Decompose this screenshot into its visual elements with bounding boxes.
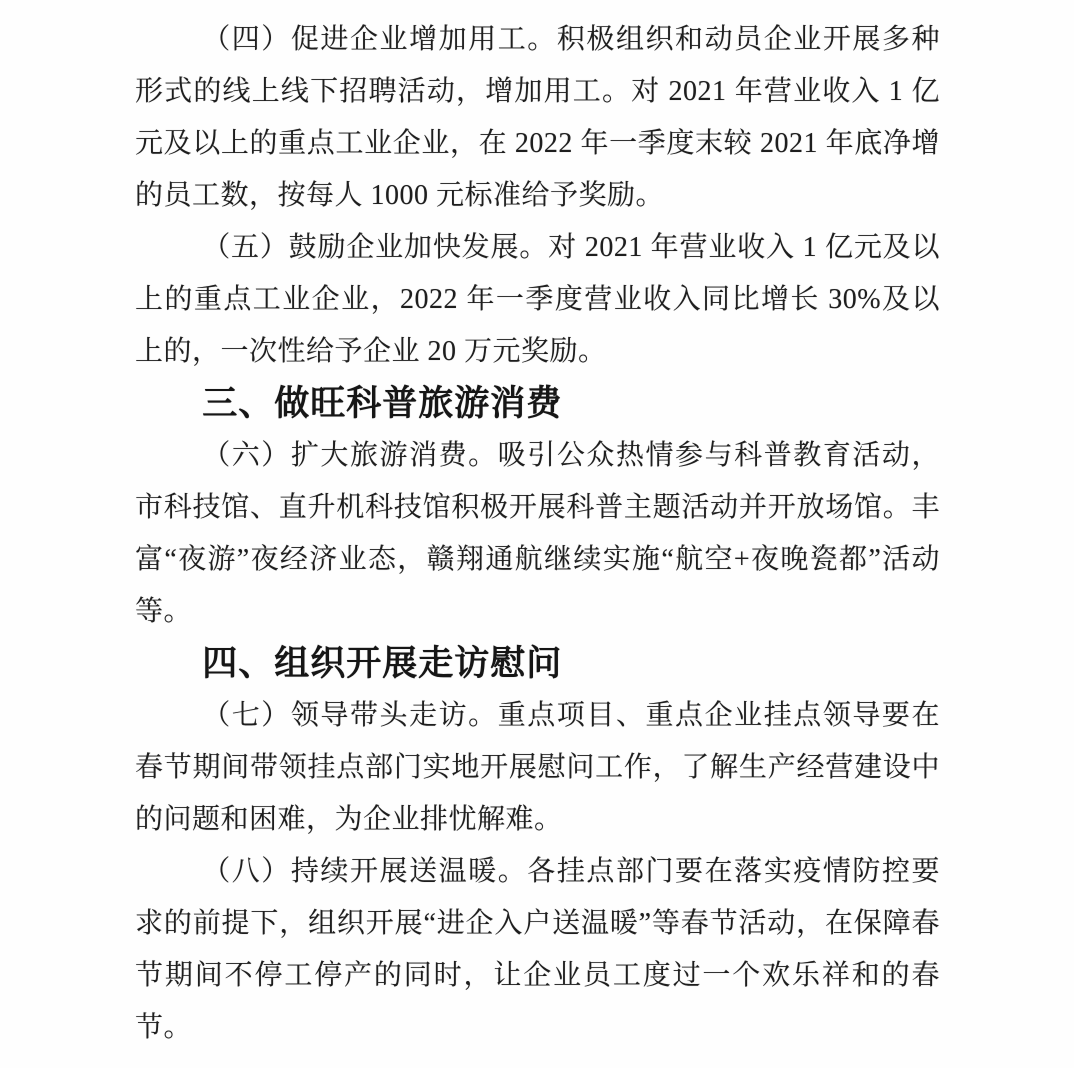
document-page: （四）促进企业增加用工。积极组织和动员企业开展多种形式的线上线下招聘活动，增加用…	[0, 0, 1074, 1068]
section-heading: 四、组织开展走访慰问	[135, 638, 940, 690]
body-paragraph: （五）鼓励企业加快发展。对 2021 年营业收入 1 亿元及以上的重点工业企业，…	[135, 222, 940, 378]
section-heading: 三、做旺科普旅游消费	[135, 378, 940, 430]
body-paragraph: （四）促进企业增加用工。积极组织和动员企业开展多种形式的线上线下招聘活动，增加用…	[135, 14, 940, 222]
body-paragraph: （七）领导带头走访。重点项目、重点企业挂点领导要在春节期间带领挂点部门实地开展慰…	[135, 690, 940, 846]
body-paragraph: （六）扩大旅游消费。吸引公众热情参与科普教育活动，市科技馆、直升机科技馆积极开展…	[135, 430, 940, 638]
body-paragraph: （八）持续开展送温暖。各挂点部门要在落实疫情防控要求的前提下，组织开展“进企入户…	[135, 846, 940, 1054]
document-content: （四）促进企业增加用工。积极组织和动员企业开展多种形式的线上线下招聘活动，增加用…	[135, 14, 940, 1054]
